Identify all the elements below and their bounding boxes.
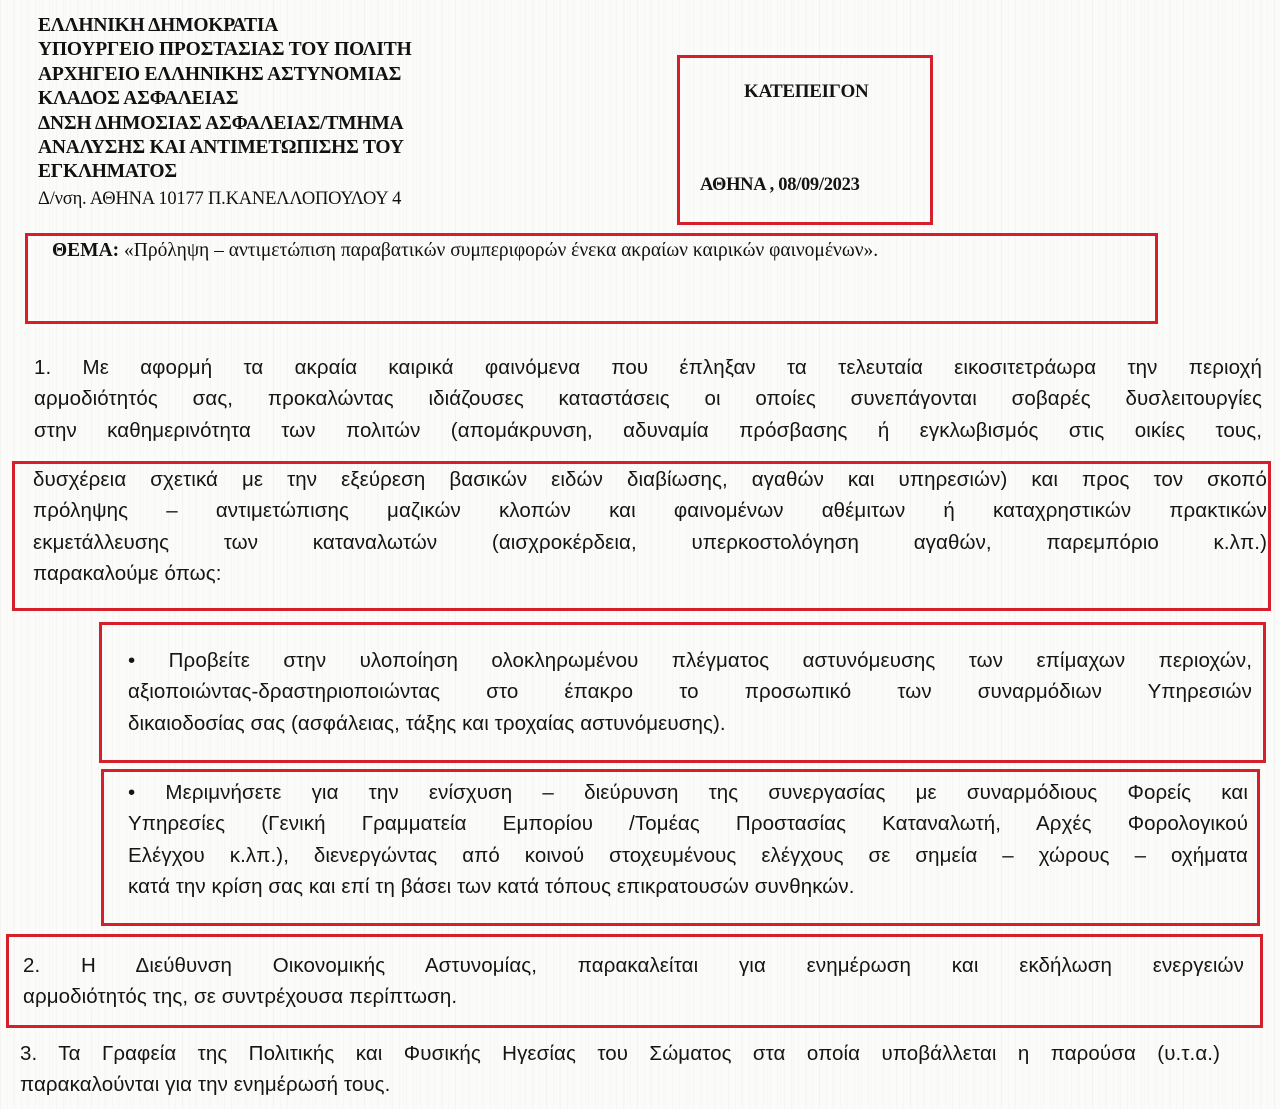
paragraph-line: αρμοδιότητός της, σε συντρέχουσα περίπτω…: [23, 981, 1244, 1012]
bullet-item-cooperation: • Μεριμνήσετε για την ενίσχυση – διεύρυν…: [128, 777, 1248, 902]
paragraph-line: • Προβείτε στην υλοποίηση ολοκληρωμένου …: [128, 645, 1252, 676]
bullet-1-highlight-box: • Προβείτε στην υλοποίηση ολοκληρωμένου …: [99, 622, 1266, 763]
paragraph-line: Ελέγχου κ.λπ.), διενεργώντας από κοινού …: [128, 840, 1248, 871]
paragraph-2-highlight-box: 2. Η Διεύθυνση Οικονομικής Αστυνομίας, π…: [6, 934, 1263, 1028]
subject-text: «Πρόληψη – αντιμετώπιση παραβατικών συμπ…: [124, 240, 878, 261]
subject-highlight-box: ΘΕΜΑ: «Πρόληψη – αντιμετώπιση παραβατικώ…: [25, 233, 1158, 324]
urgency-label: ΚΑΤΕΠΕΙΓΟΝ: [744, 81, 868, 103]
paragraph-line: εκμετάλλευσης των καταναλωτών (αισχροκέρ…: [33, 527, 1267, 558]
paragraph-line: αρμοδιότητός σας, προκαλώντας ιδιάζουσες…: [34, 383, 1262, 414]
place-date: ΑΘΗΝΑ , 08/09/2023: [700, 175, 860, 196]
paragraph-line: στην καθημερινότητα των πολιτών (απομάκρ…: [34, 415, 1262, 446]
bullet-2-highlight-box: • Μεριμνήσετε για την ενίσχυση – διεύρυν…: [101, 769, 1260, 926]
paragraph-1-intro: 1. Με αφορμή τα ακραία καιρικά φαινόμενα…: [34, 352, 1262, 446]
header-address: Δ/νση. ΑΘΗΝΑ 10177 Π.ΚΑΝΕΛΛΟΠΟΥΛΟΥ 4: [38, 187, 412, 211]
header-line-headquarters: ΑΡΧΗΓΕΙΟ ΕΛΛΗΝΙΚΗΣ ΑΣΤΥΝΟΜΙΑΣ: [38, 63, 412, 87]
paragraph-line: παρακαλούμε όπως:: [33, 558, 1267, 589]
header-line-directorate: ΔΝΣΗ ΔΗΜΟΣΙΑΣ ΑΣΦΑΛΕΙΑΣ/ΤΜΗΜΑ: [38, 112, 412, 136]
paragraph-line: δυσχέρεια σχετικά με την εξεύρεση βασικώ…: [33, 464, 1267, 495]
subject: ΘΕΜΑ: «Πρόληψη – αντιμετώπιση παραβατικώ…: [52, 236, 1097, 265]
paragraph-line: δικαιοδοσίας σας (ασφάλειας, τάξης και τ…: [128, 708, 1252, 739]
header-line-ministry: ΥΠΟΥΡΓΕΙΟ ΠΡΟΣΤΑΣΙΑΣ ΤΟΥ ΠΟΛΙΤΗ: [38, 38, 412, 62]
paragraph-line: • Μεριμνήσετε για την ενίσχυση – διεύρυν…: [128, 777, 1248, 808]
paragraph-line: 2. Η Διεύθυνση Οικονομικής Αστυνομίας, π…: [23, 950, 1244, 981]
address-label: Δ/νση.: [38, 189, 86, 209]
paragraph-2: 2. Η Διεύθυνση Οικονομικής Αστυνομίας, π…: [23, 950, 1244, 1013]
paragraph-line: πρόληψης – αντιμετώπισης μαζικών κλοπών …: [33, 495, 1267, 526]
urgency-highlight-box: ΚΑΤΕΠΕΙΓΟΝ ΑΘΗΝΑ , 08/09/2023: [677, 55, 933, 225]
header-line-crime: ΕΓΚΛΗΜΑΤΟΣ: [38, 160, 412, 184]
paragraph-line: αξιοποιώντας-δραστηριοποιώντας στο έπακρ…: [128, 676, 1252, 707]
header-line-department: ΑΝΑΛΥΣΗΣ ΚΑΙ ΑΝΤΙΜΕΤΩΠΙΣΗΣ ΤΟΥ: [38, 136, 412, 160]
paragraph-1-highlighted: δυσχέρεια σχετικά με την εξεύρεση βασικώ…: [33, 464, 1267, 589]
bullet-item-policing: • Προβείτε στην υλοποίηση ολοκληρωμένου …: [128, 645, 1252, 739]
paragraph-1-highlight-box: δυσχέρεια σχετικά με την εξεύρεση βασικώ…: [12, 461, 1271, 611]
header-line-branch: ΚΛΑΔΟΣ ΑΣΦΑΛΕΙΑΣ: [38, 87, 412, 111]
issuing-authority-header: ΕΛΛΗΝΙΚΗ ΔΗΜΟΚΡΑΤΙΑ ΥΠΟΥΡΓΕΙΟ ΠΡΟΣΤΑΣΙΑΣ…: [38, 14, 412, 211]
address-value: ΑΘΗΝΑ 10177 Π.ΚΑΝΕΛΛΟΠΟΥΛΟΥ 4: [90, 189, 401, 209]
paragraph-line: κατά την κρίση σας και επί τη βάσει των …: [128, 871, 1248, 902]
paragraph-line: 1. Με αφορμή τα ακραία καιρικά φαινόμενα…: [34, 352, 1262, 383]
paragraph-line: παρακαλούνται για την ενημέρωσή τους.: [20, 1069, 1220, 1100]
paragraph-3: 3. Τα Γραφεία της Πολιτικής και Φυσικής …: [20, 1038, 1220, 1101]
subject-label: ΘΕΜΑ:: [52, 240, 119, 261]
paragraph-line: 3. Τα Γραφεία της Πολιτικής και Φυσικής …: [20, 1038, 1220, 1069]
header-line-republic: ΕΛΛΗΝΙΚΗ ΔΗΜΟΚΡΑΤΙΑ: [38, 14, 412, 38]
paragraph-line: Υπηρεσίες (Γενική Γραμματεία Εμπορίου /Τ…: [128, 808, 1248, 839]
